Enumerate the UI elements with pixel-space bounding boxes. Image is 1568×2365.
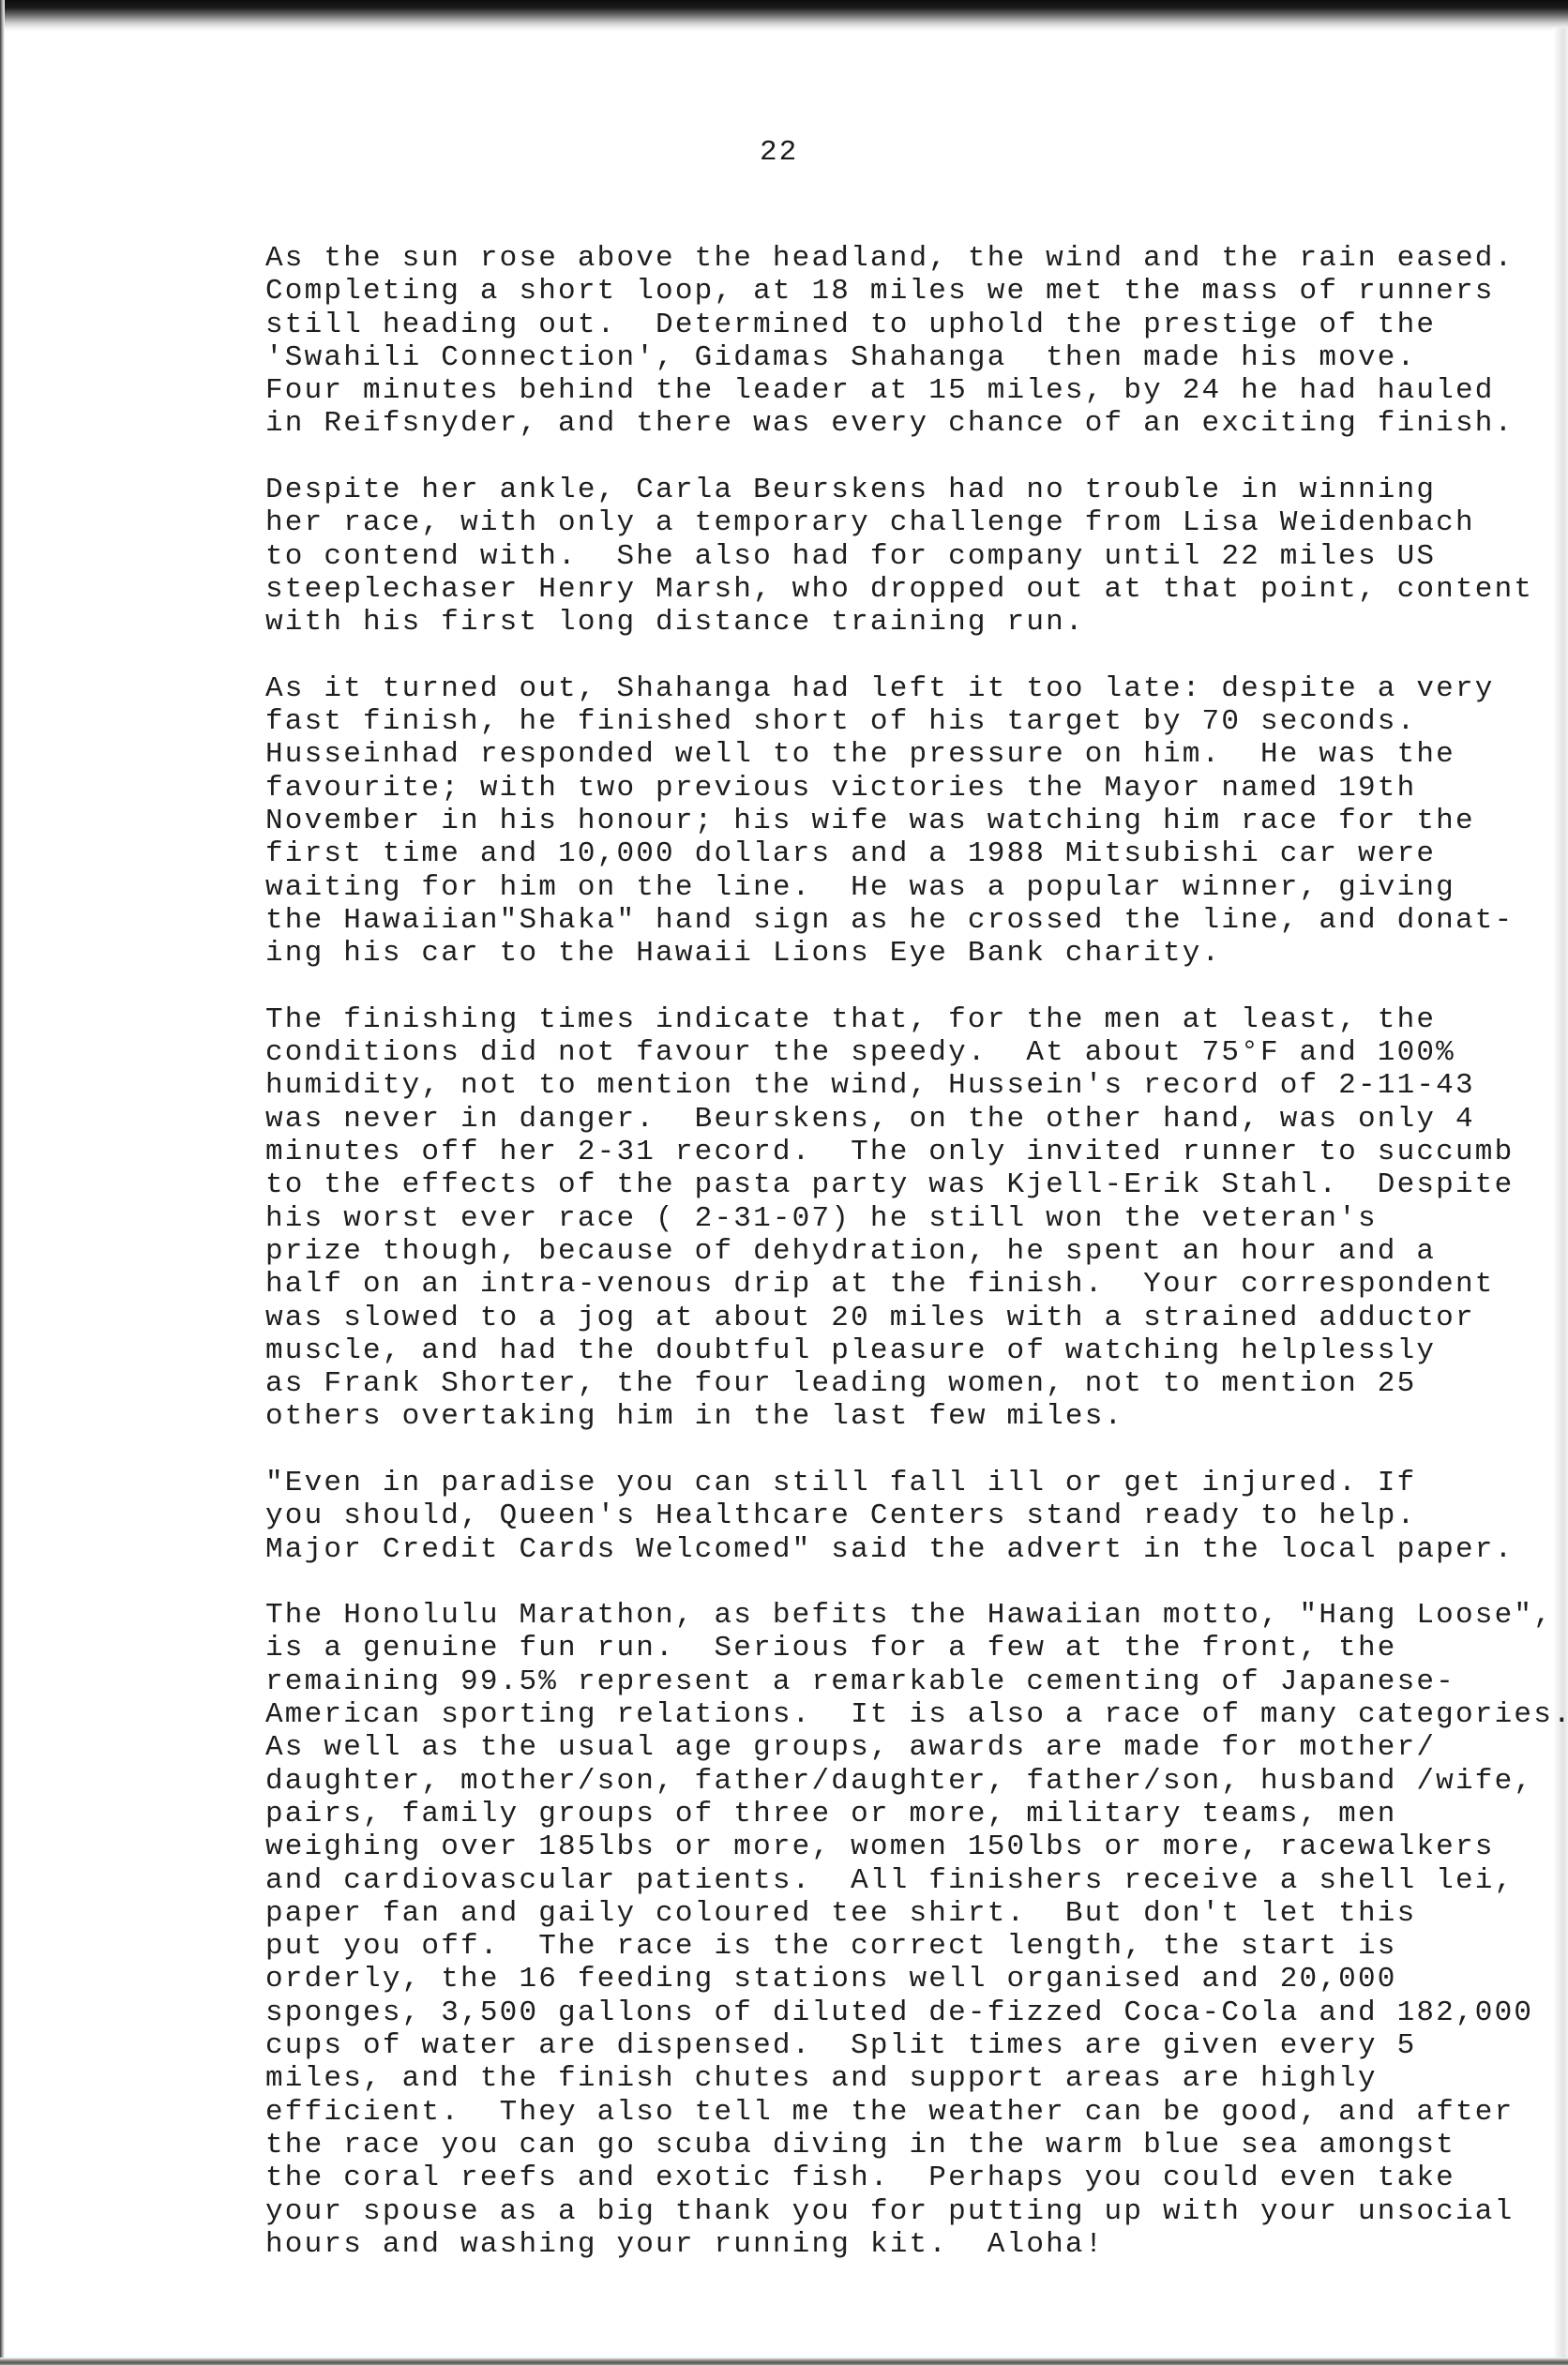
text-line: Despite her ankle, Carla Beurskens had n… (265, 474, 1560, 506)
text-line: Completing a short loop, at 18 miles we … (265, 275, 1560, 308)
text-line: weighing over 185lbs or more, women 150l… (265, 1830, 1560, 1863)
text-line: the Hawaiian"Shaka" hand sign as he cros… (265, 904, 1560, 937)
text-line: her race, with only a temporary challeng… (265, 506, 1560, 539)
text-line: was slowed to a jog at about 20 miles wi… (265, 1302, 1560, 1334)
text-line: to contend with. She also had for compan… (265, 540, 1560, 573)
text-line: the coral reefs and exotic fish. Perhaps… (265, 2162, 1560, 2194)
text-line: favourite; with two previous victories t… (265, 772, 1560, 805)
text-line: November in his honour; his wife was wat… (265, 805, 1560, 837)
text-line: you should, Queen's Healthcare Centers s… (265, 1499, 1560, 1532)
text-line: half on an intra-venous drip at the fini… (265, 1268, 1560, 1301)
text-line: hours and washing your running kit. Aloh… (265, 2228, 1560, 2261)
text-line: As the sun rose above the headland, the … (265, 242, 1560, 275)
text-line: ing his car to the Hawaii Lions Eye Bank… (265, 937, 1560, 970)
article-body: As the sun rose above the headland, the … (265, 242, 1560, 2294)
text-line: fast finish, he finished short of his ta… (265, 705, 1560, 738)
paragraph-4: The finishing times indicate that, for t… (265, 1003, 1560, 1434)
text-line: to the effects of the pasta party was Kj… (265, 1168, 1560, 1201)
paragraph-5: "Even in paradise you can still fall ill… (265, 1467, 1560, 1566)
text-line: with his first long distance training ru… (265, 606, 1560, 639)
text-line: steeplechaser Henry Marsh, who dropped o… (265, 573, 1560, 606)
text-line: waiting for him on the line. He was a po… (265, 871, 1560, 904)
text-line: sponges, 3,500 gallons of diluted de-fiz… (265, 1996, 1560, 2029)
text-line: miles, and the finish chutes and support… (265, 2062, 1560, 2095)
text-line: cups of water are dispensed. Split times… (265, 2029, 1560, 2062)
scan-left-border (0, 0, 5, 2365)
text-line: orderly, the 16 feeding stations well or… (265, 1963, 1560, 1996)
text-line: Major Credit Cards Welcomed" said the ad… (265, 1533, 1560, 1566)
text-line: The finishing times indicate that, for t… (265, 1003, 1560, 1036)
text-line: his worst ever race ( 2-31-07) he still … (265, 1202, 1560, 1235)
text-line: is a genuine fun run. Serious for a few … (265, 1632, 1560, 1665)
text-line: paper fan and gaily coloured tee shirt. … (265, 1897, 1560, 1930)
text-line: was never in danger. Beurskens, on the o… (265, 1103, 1560, 1136)
text-line: Husseinhad responded well to the pressur… (265, 738, 1560, 771)
paragraph-1: As the sun rose above the headland, the … (265, 242, 1560, 441)
text-line: still heading out. Determined to uphold … (265, 309, 1560, 341)
paragraph-3: As it turned out, Shahanga had left it t… (265, 672, 1560, 971)
text-line: "Even in paradise you can still fall ill… (265, 1467, 1560, 1499)
text-line: and cardiovascular patients. All finishe… (265, 1864, 1560, 1897)
text-line: pairs, family groups of three or more, m… (265, 1798, 1560, 1830)
text-line: humidity, not to mention the wind, Husse… (265, 1069, 1560, 1102)
text-line: others overtaking him in the last few mi… (265, 1400, 1560, 1433)
scan-top-border (0, 0, 1568, 32)
paragraph-2: Despite her ankle, Carla Beurskens had n… (265, 474, 1560, 639)
text-line: 'Swahili Connection', Gidamas Shahanga t… (265, 341, 1560, 374)
text-line: as Frank Shorter, the four leading women… (265, 1367, 1560, 1400)
text-line: muscle, and had the doubtful pleasure of… (265, 1334, 1560, 1367)
text-line: daughter, mother/son, father/daughter, f… (265, 1765, 1560, 1798)
text-line: As it turned out, Shahanga had left it t… (265, 672, 1560, 705)
page-number: 22 (760, 136, 798, 169)
text-line: efficient. They also tell me the weather… (265, 2096, 1560, 2129)
text-line: in Reifsnyder, and there was every chanc… (265, 407, 1560, 440)
text-line: put you off. The race is the correct len… (265, 1930, 1560, 1963)
paragraph-6: The Honolulu Marathon, as befits the Haw… (265, 1599, 1560, 2261)
text-line: As well as the usual age groups, awards … (265, 1731, 1560, 1764)
scan-bottom-border (0, 2357, 1568, 2365)
text-line: remaining 99.5% represent a remarkable c… (265, 1665, 1560, 1698)
text-line: prize though, because of dehydration, he… (265, 1235, 1560, 1268)
text-line: minutes off her 2-31 record. The only in… (265, 1136, 1560, 1168)
text-line: your spouse as a big thank you for putti… (265, 2195, 1560, 2228)
text-line: first time and 10,000 dollars and a 1988… (265, 837, 1560, 870)
text-line: American sporting relations. It is also … (265, 1698, 1560, 1731)
text-line: Four minutes behind the leader at 15 mil… (265, 374, 1560, 407)
text-line: The Honolulu Marathon, as befits the Haw… (265, 1599, 1560, 1632)
text-line: conditions did not favour the speedy. At… (265, 1036, 1560, 1069)
text-line: the race you can go scuba diving in the … (265, 2129, 1560, 2162)
